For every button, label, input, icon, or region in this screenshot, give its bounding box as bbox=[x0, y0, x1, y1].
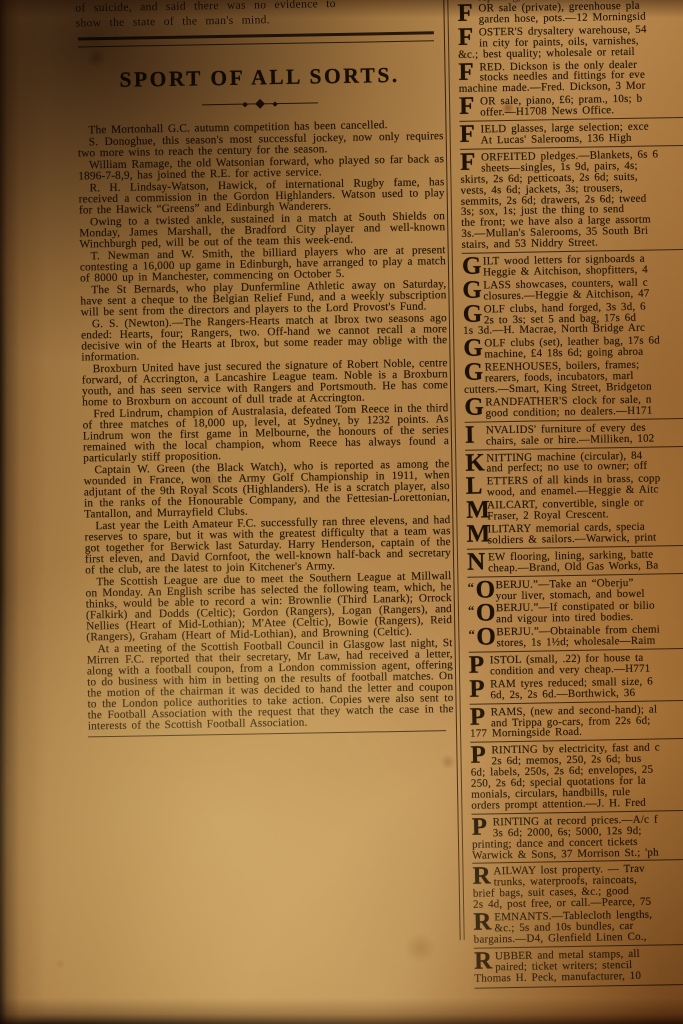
ad-head-lines: ISTOL (small, .22) for house tacondition… bbox=[469, 651, 683, 677]
classified-ad: NEW flooring, lining, sarking, battechea… bbox=[467, 548, 683, 574]
ad-dropcap: P bbox=[469, 678, 485, 700]
classified-ad: GREENHOUSES, boilers, frames;rearers, fo… bbox=[464, 359, 683, 396]
ad-dropcap: P bbox=[469, 655, 485, 677]
classified-ad-line: chairs, sale or hire.—Milliken, 102 bbox=[486, 432, 683, 447]
ad-head-lines: BERJU.”—Obtainable from chemistores, 1s … bbox=[468, 624, 683, 650]
open-quote: “ bbox=[468, 627, 475, 643]
ad-head-lines: AILCART, convertible, single orFraser, 2… bbox=[466, 497, 683, 523]
classified-ad: FRED. Dickson is the only dealerstocks n… bbox=[458, 58, 683, 95]
classified-ad: “OBERJU.”—Obtainable from chemistores, 1… bbox=[468, 624, 683, 650]
classified-ad: PRINTING by electricity, fast and c2s 6d… bbox=[470, 742, 683, 812]
classified-ad-line: wood, and enamel.—Heggie & Aitc bbox=[487, 484, 683, 499]
classified-ad: FORFEITED pledges.—Blankets, 6s 6sheets—… bbox=[460, 148, 683, 251]
classified-ad: “OBERJU.”—If constipated or bilioand vig… bbox=[468, 600, 683, 626]
ad-dropcap: O bbox=[475, 579, 495, 601]
ad-head-lines: RANDFATHER'S clock for sale, ngood condi… bbox=[464, 393, 683, 419]
classified-ad-line: Fraser, 2 Royal Crescent. bbox=[487, 507, 683, 522]
ad-head-lines: ETTERS of all kinds in brass, coppwood, … bbox=[466, 473, 683, 499]
open-quote: “ bbox=[468, 603, 475, 619]
ad-dropcap: K bbox=[465, 452, 485, 474]
ad-dropcap: I bbox=[465, 424, 475, 446]
classified-ad-line: At Lucas' Salerooms, 136 High bbox=[481, 131, 683, 146]
section-double-rule bbox=[78, 31, 434, 47]
article-paragraphs: The Mortonhall G.C. autumn competition h… bbox=[77, 119, 454, 732]
ad-head-lines: ILT wood letters for signboards aHeggie … bbox=[462, 253, 683, 279]
article-paragraph: The Scottish League are due to meet the … bbox=[85, 571, 452, 643]
ad-dropcap: N bbox=[467, 551, 485, 573]
classified-ad-line: bargains.—D4, Glenfield Linen Co., bbox=[474, 930, 683, 945]
classified-ad: MILITARY memorial cards, speciasoldiers … bbox=[466, 520, 683, 546]
newspaper-sheet: of suicide, and said there was no eviden… bbox=[0, 0, 683, 1024]
classified-ad-line: Thomas H. Peck, manufacturer, 10 bbox=[474, 969, 683, 984]
classified-ad-line: Heggie & Aitchison, shopfitters, 4 bbox=[483, 263, 683, 278]
classified-ad: GLASS showcases, counters, wall cclosure… bbox=[462, 276, 683, 302]
article-paragraph: At a meeting of the Scottish Football Co… bbox=[86, 638, 453, 732]
ad-head-lines: IELD glasses, large selection; exceAt Lu… bbox=[459, 121, 683, 147]
ad-head-lines: RAMS, (new and second-hand); aland Tripp… bbox=[470, 703, 683, 729]
classified-ad: LETTERS of all kinds in brass, coppwood,… bbox=[466, 473, 683, 499]
article-headline: SPORT OF ALL SORTS. bbox=[76, 62, 442, 93]
classified-ad: RUBBER and metal stamps, allpaired; tick… bbox=[474, 947, 683, 984]
ad-dropcap: M bbox=[466, 500, 490, 522]
ad-head-lines: OR sale (private), greenhouse plagarden … bbox=[457, 0, 683, 26]
ad-dropcap: G bbox=[464, 362, 484, 384]
ad-dropcap: P bbox=[470, 745, 486, 767]
classified-ad: REMNANTS.—Tablecloth lengths,&c.; 5s and… bbox=[473, 908, 683, 945]
classified-ad-line: machine, £4 18s 6d; going abroa bbox=[484, 346, 683, 361]
classified-ad: GOLF clubs, hand forged, 3s 3d, 62s to 3… bbox=[463, 300, 683, 337]
ad-dropcap: F bbox=[459, 124, 475, 146]
classified-ad-line: Warwick & Sons, 37 Morrison St.; 'ph bbox=[472, 846, 683, 861]
ad-head-lines: EW flooring, lining, sarking, battecheap… bbox=[467, 548, 683, 574]
article-paragraph: G. S. (Newton).—The Rangers-Hearts match… bbox=[81, 313, 448, 363]
ad-head-lines: OLF clubs (set), leather bag, 17s 6dmach… bbox=[463, 335, 683, 361]
ad-dropcap: O bbox=[476, 603, 496, 625]
article-paragraph: Fred Lindrum, champion of Australasia, d… bbox=[82, 403, 449, 464]
ad-dropcap: O bbox=[476, 627, 496, 649]
classified-ad-line: 6d, 2s, 2s 6d.—Borthwick, 36 bbox=[490, 686, 683, 701]
newspaper-page-photo: of suicide, and said there was no eviden… bbox=[0, 0, 683, 1024]
divider-dot bbox=[242, 102, 248, 108]
ad-dropcap: G bbox=[462, 279, 482, 301]
classified-ad: GRANDFATHER'S clock for sale, ngood cond… bbox=[464, 393, 683, 419]
ad-dropcap: G bbox=[462, 256, 482, 278]
classified-ad: PRINTING at record prices.—A/c f3s 6d; 2… bbox=[472, 813, 683, 861]
classified-ad: “OBERJU.”—Take an “Oberju”your liver, st… bbox=[467, 576, 683, 602]
classified-ads: FOR sale (private), greenhouse plagarden… bbox=[457, 0, 683, 988]
classified-ad: GILT wood letters for signboards aHeggie… bbox=[462, 253, 683, 279]
ad-dropcap: G bbox=[463, 303, 483, 325]
sport-column: of suicide, and said there was no eviden… bbox=[75, 0, 454, 738]
article-paragraph: Last year the Leith Amateur F.C. success… bbox=[84, 515, 451, 576]
classified-ad-line: garden hose, pots.—12 Morningsid bbox=[479, 10, 683, 25]
ad-head-lines: NITTING machine (circular), 84and perfec… bbox=[465, 449, 683, 475]
classified-ad-line: soldiers & sailors.—Warwick, print bbox=[488, 531, 683, 546]
classified-ad: FOSTER'S drysaltery warehouse, 54in city… bbox=[458, 23, 683, 60]
ad-head-lines: BERJU.”—Take an “Oberju”your liver, stom… bbox=[467, 576, 683, 602]
classified-ad: PRAMS, (new and second-hand); aland Trip… bbox=[470, 703, 683, 740]
headline-divider bbox=[202, 99, 318, 111]
classified-ad-line: closures.—Heggie & Aitchison, 47 bbox=[483, 287, 683, 302]
ad-head-lines: BERJU.”—If constipated or bilioand vigou… bbox=[468, 600, 683, 626]
ad-dropcap: L bbox=[466, 476, 483, 498]
classified-ad: PRAM tyres reduced; small size, 66d, 2s,… bbox=[469, 675, 683, 701]
classified-ad-line: condition and very cheap.—H771 bbox=[490, 662, 683, 677]
ad-dropcap: F bbox=[457, 3, 473, 25]
classifieds-bottom-rule bbox=[475, 983, 683, 988]
classifieds-column: repairing, FOR sale (private), greenhous… bbox=[457, 0, 683, 988]
ad-dropcap: F bbox=[458, 61, 474, 83]
article-paragraph: Captain W. Green (the Black Watch), who … bbox=[83, 459, 450, 520]
classified-ad: FIELD glasses, large selection; exceAt L… bbox=[459, 121, 683, 147]
ad-head-lines: ILITARY memorial cards, speciasoldiers &… bbox=[466, 520, 683, 546]
classified-ad-line: offer.—H1708 News Office. bbox=[480, 104, 683, 119]
classified-ad: INVALIDS' furniture of every deschairs, … bbox=[465, 421, 683, 447]
ad-dropcap: F bbox=[460, 151, 476, 173]
classified-ad-line: your liver, stomach, and bowel bbox=[496, 587, 683, 602]
classified-ad: FOR sale, piano, £6; pram., 10s; boffer.… bbox=[459, 93, 683, 119]
ad-dropcap: F bbox=[459, 96, 475, 118]
ad-head-lines: RAM tyres reduced; small size, 66d, 2s, … bbox=[469, 675, 683, 701]
classified-ad-line: good condition; no dealers.—H171 bbox=[485, 404, 683, 419]
divider-dot bbox=[272, 101, 278, 107]
ad-dropcap: M bbox=[466, 523, 490, 545]
classified-ad-line: 177 Morningside Road. bbox=[470, 725, 683, 740]
ad-dropcap: P bbox=[470, 706, 486, 728]
classified-ad-line: orders prompt attention.—J. H. Fred bbox=[471, 796, 683, 811]
ad-dropcap: R bbox=[473, 911, 491, 933]
classified-ad: GOLF clubs (set), leather bag, 17s 6dmac… bbox=[463, 335, 683, 361]
article-paragraph: Broxburn United have just secured the si… bbox=[82, 358, 449, 408]
previous-article-fragment: of suicide, and said there was no eviden… bbox=[75, 0, 441, 31]
ad-dropcap: G bbox=[463, 338, 483, 360]
ad-dropcap: G bbox=[464, 396, 484, 418]
classified-ad: KNITTING machine (circular), 84and perfe… bbox=[465, 449, 683, 475]
ad-dropcap: F bbox=[458, 26, 474, 48]
ad-dropcap: R bbox=[472, 866, 490, 888]
classified-ad: FOR sale (private), greenhouse plagarden… bbox=[457, 0, 683, 26]
classified-ad: MAILCART, convertible, single orFraser, … bbox=[466, 497, 683, 523]
classified-ad: RAILWAY lost property. — Travtrunks, wat… bbox=[472, 863, 683, 911]
classified-ad-line: cheap.—Brand, Old Gas Works, Ba bbox=[488, 559, 683, 574]
ad-head-lines: OR sale, piano, £6; pram., 10s; boffer.—… bbox=[459, 93, 683, 119]
diamond-ornament bbox=[255, 99, 265, 109]
open-quote: “ bbox=[467, 579, 474, 595]
classified-ad: PISTOL (small, .22) for house taconditio… bbox=[469, 651, 683, 677]
classified-ad-line: stores, 1s 1½d; wholesale—Raim bbox=[496, 635, 683, 650]
ad-dropcap: R bbox=[474, 950, 492, 972]
ad-head-lines: LASS showcases, counters, wall cclosures… bbox=[462, 276, 683, 302]
ad-head-lines: NVALIDS' furniture of every deschairs, s… bbox=[465, 421, 683, 447]
ad-dropcap: P bbox=[472, 816, 488, 838]
